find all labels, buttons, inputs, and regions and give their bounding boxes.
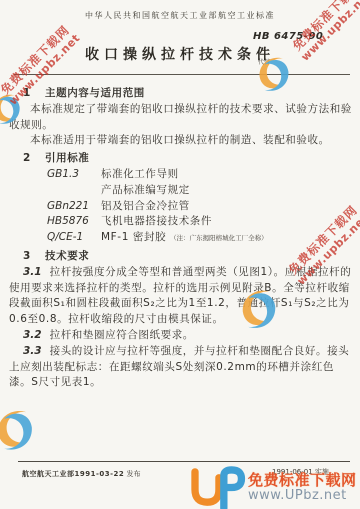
clause-text: 拉杆按强度分成全等型和普通型两类（见图1）。应根据拉杆的使用要求来选择拉杆的类型… [9,266,351,325]
reference-code: Q/CE-1 [47,230,101,246]
section-3-heading: 3技术要求 [9,249,353,265]
reference-title: 铝及铝合金冷拉管 [101,200,190,212]
up-brand-logo-icon [186,466,248,509]
clause-number: 3.1 [23,266,42,278]
issue-label: 发布 [127,470,141,478]
section-3-number: 3 [23,249,45,265]
reference-code: GBn221 [47,199,101,215]
section-1-number: 1 [23,86,45,102]
reference-item-continuation: 产品标准编写规定 [101,183,353,199]
scanned-standard-page: 免费标准下载网 www.upbz.net 免费标准下载网 www.upbz.ne… [0,0,360,509]
reference-item: HB5876飞机电器搭接技术条件 [47,214,353,230]
reference-title: MF-1 密封胶 [101,231,166,243]
clause-3-1: 3.1拉杆按强度分成全等型和普通型两类（见图1）。应根据拉杆的使用要求来选择拉杆… [9,265,353,328]
section-2-heading: 2引用标准 [9,151,353,167]
header-divider [14,74,350,75]
clause-3-2: 3.2拉杆和垫圈应符合图纸要求。 [9,328,353,344]
document-body: 1主题内容与适用范围 本标准规定了带端套的铝收口操纵拉杆的技术要求、试验方法和验… [9,84,353,391]
document-title: 收口操纵拉杆技术条件 [0,44,360,64]
footer-divider [18,461,350,462]
reference-code: GB1.3 [47,167,101,183]
section-3-title: 技术要求 [45,250,89,262]
reference-item: GBn221铝及铝合金冷拉管 [47,199,353,215]
clause-number: 3.2 [23,329,42,341]
footer-issue-info: 航空航天工业部1991-03-22 发布 [22,469,141,479]
section-1-paragraph: 本标准适用于带端套的铝收口操纵拉杆的制造、装配和验收。 [9,133,353,149]
section-2-number: 2 [23,151,45,167]
standard-number: HB 6475-90 [253,31,323,42]
section-1-paragraph: 本标准规定了带端套的铝收口操纵拉杆的技术要求、试验方法和验收规则。 [9,102,353,134]
reference-note: （注：广东揭阳榕城化工厂全称） [170,234,268,242]
reference-title: 标准化工作导则 [101,168,179,180]
reference-title: 飞机电器搭接技术条件 [101,215,212,227]
reference-item: GB1.3标准化工作导则 [47,167,353,183]
section-2-title: 引用标准 [45,152,89,164]
section-1-title: 主题内容与适用范围 [45,87,145,99]
up-swirl-logo-icon [0,402,44,458]
issuing-org-line: 中华人民共和国航空航天工业部航空工业标准 [0,10,360,21]
brand-site-url: www.UPbz.net [248,488,357,503]
section-1-heading: 1主题内容与适用范围 [9,86,353,102]
issue-org-date: 航空航天工业部1991-03-22 [22,470,124,478]
clause-text: 拉杆和垫圈应符合图纸要求。 [50,329,194,341]
reference-item: Q/CE-1MF-1 密封胶 （注：广东揭阳榕城化工厂全称） [47,230,353,247]
clause-number: 3.3 [23,345,42,357]
reference-title: 产品标准编写规定 [101,184,190,196]
clause-text: 接头的设计应与拉杆等强度，并与拉杆和垫圈配合良好。接头上应刻出装配标志：在距螺纹… [9,345,349,389]
brand-site-name: 免费标准下载网 [248,473,357,488]
clause-3-3: 3.3接头的设计应与拉杆等强度，并与拉杆和垫圈配合良好。接头上应刻出装配标志：在… [9,344,353,391]
reference-code: HB5876 [47,214,101,230]
brand-text-block: 免费标准下载网 www.UPbz.net [248,473,357,503]
